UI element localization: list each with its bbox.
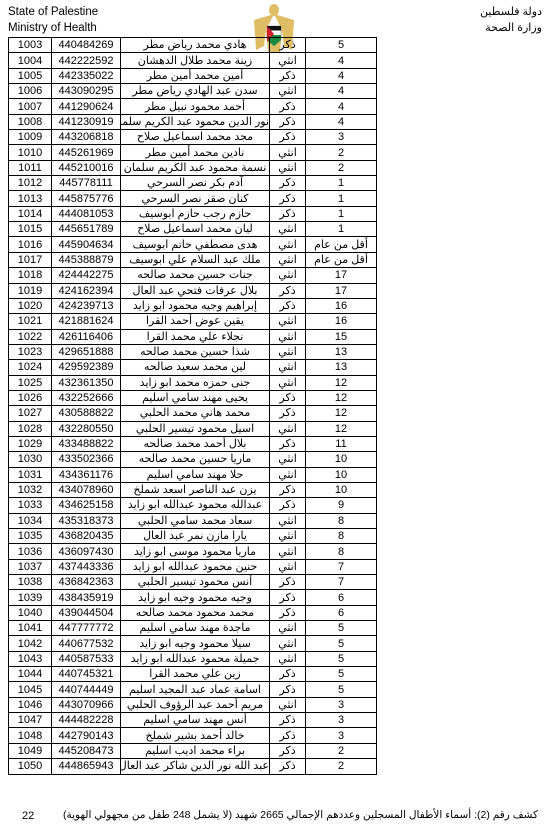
age-cell: أقل من عام	[306, 237, 377, 252]
table-row: 1049445208473براء محمد اديب اسليمذكر2	[9, 743, 377, 758]
child-name-cell: ماريا حسين محمد صالحه	[121, 452, 270, 467]
age-cell: 5	[306, 621, 377, 636]
table-row: 1030433502366ماريا حسين محمد صالحهانثي10	[9, 452, 377, 467]
child-name-cell: خالد أحمد بشير شملخ	[121, 728, 270, 743]
national-id-cell: 445208473	[52, 743, 121, 758]
age-cell: 5	[306, 651, 377, 666]
table-row: 1013445875776كنان صقر نصر السرحيذكر1	[9, 191, 377, 206]
gender-cell: انثي	[270, 621, 306, 636]
row-index-cell: 1025	[9, 375, 52, 390]
gender-cell: ذكر	[270, 713, 306, 728]
gender-cell: ذكر	[270, 390, 306, 405]
national-id-cell: 434078960	[52, 482, 121, 497]
age-cell: 4	[306, 114, 377, 129]
row-index-cell: 1010	[9, 145, 52, 160]
national-id-cell: 439044504	[52, 605, 121, 620]
age-cell: 12	[306, 390, 377, 405]
row-index-cell: 1050	[9, 759, 52, 774]
table-row: 1029433488822بلال أحمد محمد صالحهذكر11	[9, 436, 377, 451]
age-cell: 6	[306, 605, 377, 620]
national-id-cell: 440677532	[52, 636, 121, 651]
child-name-cell: ماريا محمود موسى ابو زايد	[121, 544, 270, 559]
age-cell: 2	[306, 759, 377, 774]
national-id-cell: 441290624	[52, 99, 121, 114]
row-index-cell: 1033	[9, 498, 52, 513]
row-index-cell: 1014	[9, 206, 52, 221]
gender-cell: ذكر	[270, 130, 306, 145]
child-name-cell: وجيه محمود وجيه ابو زايد	[121, 590, 270, 605]
gender-cell: ذكر	[270, 191, 306, 206]
gender-cell: انثي	[270, 360, 306, 375]
national-id-cell: 440484269	[52, 38, 121, 53]
age-cell: 17	[306, 283, 377, 298]
age-cell: 8	[306, 544, 377, 559]
table-row: 1020424239713إبراهيم وجيه محمود ابو زايد…	[9, 298, 377, 313]
row-index-cell: 1047	[9, 713, 52, 728]
row-index-cell: 1030	[9, 452, 52, 467]
table-row: 1026432252666يحيى مهند سامي اسليمذكر12	[9, 390, 377, 405]
table-row: 1016445904634هدى مصطفي حاتم ابوسيفانثيأق…	[9, 237, 377, 252]
child-name-cell: يارا مازن نمر عبد العال	[121, 529, 270, 544]
gender-cell: انثي	[270, 559, 306, 574]
table-row: 1043440587533جميلة محمود عبدالله ابو زاي…	[9, 651, 377, 666]
national-id-cell: 432252666	[52, 390, 121, 405]
gender-cell: ذكر	[270, 283, 306, 298]
age-cell: 10	[306, 467, 377, 482]
gender-cell: انثي	[270, 252, 306, 267]
age-cell: 10	[306, 482, 377, 497]
child-name-cell: هدى مصطفي حاتم ابوسيف	[121, 237, 270, 252]
age-cell: 2	[306, 160, 377, 175]
row-index-cell: 1013	[9, 191, 52, 206]
child-name-cell: عبدالله محمود عبدالله ابو زايد	[121, 498, 270, 513]
table-row: 1028432280550اسيل محمود تيسير الحلبيانثي…	[9, 421, 377, 436]
national-id-cell: 445904634	[52, 237, 121, 252]
gender-cell: انثي	[270, 452, 306, 467]
age-cell: 5	[306, 682, 377, 697]
child-name-cell: بلال أحمد محمد صالحه	[121, 436, 270, 451]
age-cell: 5	[306, 667, 377, 682]
table-row: 1050444865943عبد الله نور الدين شاكر عبد…	[9, 759, 377, 774]
table-row: 1047444482228أنس مهند سامي اسليمذكر3	[9, 713, 377, 728]
age-cell: 1	[306, 222, 377, 237]
national-id-cell: 429651888	[52, 344, 121, 359]
child-name-cell: يقين عوض أحمد القرا	[121, 314, 270, 329]
child-name-cell: حنين محمود عبدالله ابو زايد	[121, 559, 270, 574]
age-cell: أقل من عام	[306, 252, 377, 267]
row-index-cell: 1038	[9, 575, 52, 590]
row-index-cell: 1024	[9, 360, 52, 375]
gender-cell: انثي	[270, 84, 306, 99]
child-name-cell: ملك عبد السلام علي ابوسيف	[121, 252, 270, 267]
national-id-cell: 443206818	[52, 130, 121, 145]
child-name-cell: مريم أحمد عبد الرؤوف الحلبي	[121, 697, 270, 712]
national-id-cell: 447777772	[52, 621, 121, 636]
child-name-cell: إبراهيم وجيه محمود ابو زايد	[121, 298, 270, 313]
child-name-cell: لين محمد سعيد صالحه	[121, 360, 270, 375]
national-id-cell: 433502366	[52, 452, 121, 467]
table-row: 1018424442275جنات حسين محمد صالحهانثي17	[9, 268, 377, 283]
header-ministry-label: Ministry of Health	[8, 20, 98, 36]
table-row: 1007441290624أحمد محمود نبيل مطرذكر4	[9, 99, 377, 114]
row-index-cell: 1032	[9, 482, 52, 497]
table-row: 1027430588822محمد هاني محمد الحلبيذكر12	[9, 406, 377, 421]
child-name-cell: سيلا محمود وجيه ابو زايد	[121, 636, 270, 651]
child-name-cell: أنس مهند سامي اسليم	[121, 713, 270, 728]
table-row: 1035436820435يارا مازن نمر عبد العالانثي…	[9, 529, 377, 544]
child-name-cell: نجلاء علي محمد القرا	[121, 329, 270, 344]
national-id-cell: 436097430	[52, 544, 121, 559]
gender-cell: ذكر	[270, 667, 306, 682]
table-row: 1009443206818مجد محمد اسماعيل صلاحذكر3	[9, 130, 377, 145]
national-id-cell: 444482228	[52, 713, 121, 728]
row-index-cell: 1020	[9, 298, 52, 313]
gender-cell: ذكر	[270, 176, 306, 191]
age-cell: 7	[306, 559, 377, 574]
age-cell: 6	[306, 590, 377, 605]
gender-cell: انثي	[270, 651, 306, 666]
row-index-cell: 1007	[9, 99, 52, 114]
row-index-cell: 1011	[9, 160, 52, 175]
row-index-cell: 1045	[9, 682, 52, 697]
age-cell: 2	[306, 743, 377, 758]
national-id-cell: 445210016	[52, 160, 121, 175]
age-cell: 5	[306, 38, 377, 53]
child-name-cell: زينة محمد طلال الدهشان	[121, 53, 270, 68]
gender-cell: ذكر	[270, 728, 306, 743]
national-id-cell: 435318373	[52, 513, 121, 528]
national-id-cell: 421881624	[52, 314, 121, 329]
table-row: 1038436842363أنس محمود تيسير الحلبيذكر7	[9, 575, 377, 590]
gender-cell: ذكر	[270, 99, 306, 114]
age-cell: 7	[306, 575, 377, 590]
child-name-cell: جنات حسين محمد صالحه	[121, 268, 270, 283]
row-index-cell: 1048	[9, 728, 52, 743]
row-index-cell: 1022	[9, 329, 52, 344]
gender-cell: ذكر	[270, 682, 306, 697]
child-name-cell: عبد الله نور الدين شاكر عبد العال	[121, 759, 270, 774]
footer-caption: كشف رقم (2): أسماء الأطفال المسجلين وعدد…	[63, 809, 538, 821]
age-cell: 3	[306, 130, 377, 145]
national-id-cell: 445778111	[52, 176, 121, 191]
row-index-cell: 1040	[9, 605, 52, 620]
gender-cell: انثي	[270, 421, 306, 436]
table-row: 1023429651888شذا حسين محمد صالحهانثي13	[9, 344, 377, 359]
age-cell: 11	[306, 436, 377, 451]
child-name-cell: كنان صقر نصر السرحي	[121, 191, 270, 206]
row-index-cell: 1008	[9, 114, 52, 129]
gender-cell: ذكر	[270, 114, 306, 129]
child-name-cell: سعاد محمد سامي الحلبي	[121, 513, 270, 528]
gender-cell: انثي	[270, 145, 306, 160]
child-name-cell: زين علي محمد القرا	[121, 667, 270, 682]
table-row: 1003440484269هادي محمد رياض مطرذكر5	[9, 38, 377, 53]
table-row: 1042440677532سيلا محمود وجيه ابو زايدانث…	[9, 636, 377, 651]
row-index-cell: 1036	[9, 544, 52, 559]
gender-cell: انثي	[270, 544, 306, 559]
child-name-cell: نسمة محمود عبد الكريم سلمان	[121, 160, 270, 175]
row-index-cell: 1031	[9, 467, 52, 482]
national-id-cell: 436820435	[52, 529, 121, 544]
row-index-cell: 1043	[9, 651, 52, 666]
child-name-cell: اسامة عماد عبد المجيد اسليم	[121, 682, 270, 697]
table-row: 1014444081053حازم رجب حازم ابوسيفذكر1	[9, 206, 377, 221]
age-cell: 16	[306, 314, 377, 329]
age-cell: 9	[306, 498, 377, 513]
table-row: 1015445651789ليان محمد اسماعيل صلاحانثي1	[9, 222, 377, 237]
gender-cell: ذكر	[270, 759, 306, 774]
national-id-cell: 432280550	[52, 421, 121, 436]
child-name-cell: براء محمد اديب اسليم	[121, 743, 270, 758]
gender-cell: ذكر	[270, 436, 306, 451]
child-name-cell: حازم رجب حازم ابوسيف	[121, 206, 270, 221]
national-id-cell: 434361176	[52, 467, 121, 482]
row-index-cell: 1041	[9, 621, 52, 636]
child-name-cell: حلا مهند سامي اسليم	[121, 467, 270, 482]
national-id-cell: 444081053	[52, 206, 121, 221]
row-index-cell: 1027	[9, 406, 52, 421]
row-index-cell: 1003	[9, 38, 52, 53]
national-id-cell: 437443336	[52, 559, 121, 574]
child-name-cell: أمين محمد أمين مطر	[121, 68, 270, 83]
gender-cell: ذكر	[270, 605, 306, 620]
table-row: 1036436097430ماريا محمود موسى ابو زايدان…	[9, 544, 377, 559]
age-cell: 3	[306, 713, 377, 728]
age-cell: 3	[306, 697, 377, 712]
gender-cell: ذكر	[270, 743, 306, 758]
child-name-cell: محمد هاني محمد الحلبي	[121, 406, 270, 421]
national-id-cell: 445261969	[52, 145, 121, 160]
gender-cell: انثي	[270, 268, 306, 283]
table-row: 1025432361350جنى حمزه محمد ابو زايدانثي1…	[9, 375, 377, 390]
table-row: 1048442790143خالد أحمد بشير شملخذكر3	[9, 728, 377, 743]
table-row: 1017445388879ملك عبد السلام علي ابوسيفان…	[9, 252, 377, 267]
child-name-cell: نور الدين محمود عبد الكريم سلمان	[121, 114, 270, 129]
age-cell: 8	[306, 529, 377, 544]
gender-cell: ذكر	[270, 298, 306, 313]
table-row: 1004442222592زينة محمد طلال الدهشانانثي4	[9, 53, 377, 68]
gender-cell: انثي	[270, 375, 306, 390]
child-name-cell: يزن عبد الناصر اسعد شملخ	[121, 482, 270, 497]
row-index-cell: 1035	[9, 529, 52, 544]
national-id-cell: 426116406	[52, 329, 121, 344]
age-cell: 4	[306, 99, 377, 114]
child-name-cell: محمد محمود محمد صالحه	[121, 605, 270, 620]
table-row: 1041447777772ماجدة مهند سامي اسليمانثي5	[9, 621, 377, 636]
table-row: 1037437443336حنين محمود عبدالله ابو زايد…	[9, 559, 377, 574]
age-cell: 10	[306, 452, 377, 467]
gender-cell: انثي	[270, 636, 306, 651]
child-name-cell: سدن عبد الهادي رياض مطر	[121, 84, 270, 99]
table-row: 1046443070966مريم أحمد عبد الرؤوف الحلبي…	[9, 697, 377, 712]
child-name-cell: أنس محمود تيسير الحلبي	[121, 575, 270, 590]
national-id-cell: 445875776	[52, 191, 121, 206]
gender-cell: ذكر	[270, 206, 306, 221]
child-name-cell: اسيل محمود تيسير الحلبي	[121, 421, 270, 436]
national-id-cell: 430588822	[52, 406, 121, 421]
row-index-cell: 1046	[9, 697, 52, 712]
age-cell: 3	[306, 728, 377, 743]
table-row: 1032434078960يزن عبد الناصر اسعد شملخذكر…	[9, 482, 377, 497]
gender-cell: ذكر	[270, 406, 306, 421]
gender-cell: ذكر	[270, 498, 306, 513]
national-id-cell: 440587533	[52, 651, 121, 666]
table-row: 1019424162394بلال عرفات فتحي عبد العالذك…	[9, 283, 377, 298]
table-row: 1008441230919نور الدين محمود عبد الكريم …	[9, 114, 377, 129]
gender-cell: ذكر	[270, 38, 306, 53]
table-row: 1006443090295سدن عبد الهادي رياض مطرانثي…	[9, 84, 377, 99]
table-row: 1045440744449اسامة عماد عبد المجيد اسليم…	[9, 682, 377, 697]
row-index-cell: 1019	[9, 283, 52, 298]
row-index-cell: 1017	[9, 252, 52, 267]
child-name-cell: نادين محمد أمين مطر	[121, 145, 270, 160]
row-index-cell: 1026	[9, 390, 52, 405]
child-name-cell: آدم بكر نصر السرحي	[121, 176, 270, 191]
age-cell: 13	[306, 360, 377, 375]
table-row: 1044440745321زين علي محمد القراذكر5	[9, 667, 377, 682]
table-row: 1005442335022أمين محمد أمين مطرذكر4	[9, 68, 377, 83]
table-row: 1033434625158عبدالله محمود عبدالله ابو ز…	[9, 498, 377, 513]
gender-cell: انثي	[270, 697, 306, 712]
child-name-cell: يحيى مهند سامي اسليم	[121, 390, 270, 405]
row-index-cell: 1042	[9, 636, 52, 651]
age-cell: 8	[306, 513, 377, 528]
row-index-cell: 1039	[9, 590, 52, 605]
child-name-cell: أحمد محمود نبيل مطر	[121, 99, 270, 114]
national-id-cell: 433488822	[52, 436, 121, 451]
age-cell: 1	[306, 191, 377, 206]
row-index-cell: 1015	[9, 222, 52, 237]
row-index-cell: 1016	[9, 237, 52, 252]
row-index-cell: 1049	[9, 743, 52, 758]
gender-cell: انثي	[270, 53, 306, 68]
national-id-cell: 443070966	[52, 697, 121, 712]
age-cell: 5	[306, 636, 377, 651]
national-id-cell: 442335022	[52, 68, 121, 83]
national-id-cell: 441230919	[52, 114, 121, 129]
national-id-cell: 438435919	[52, 590, 121, 605]
table-row: 1022426116406نجلاء علي محمد القراانثي15	[9, 329, 377, 344]
table-row: 1034435318373سعاد محمد سامي الحلبيانثي8	[9, 513, 377, 528]
header-state-label-ar: دولة فلسطين	[480, 4, 542, 20]
national-id-cell: 443090295	[52, 84, 121, 99]
header-arabic: دولة فلسطين وزارة الصحة	[480, 4, 542, 36]
national-id-cell: 436842363	[52, 575, 121, 590]
row-index-cell: 1044	[9, 667, 52, 682]
gender-cell: انثي	[270, 160, 306, 175]
national-id-cell: 442790143	[52, 728, 121, 743]
national-id-cell: 424239713	[52, 298, 121, 313]
table-row: 1031434361176حلا مهند سامي اسليمانثي10	[9, 467, 377, 482]
table-row: 1039438435919وجيه محمود وجيه ابو زايدذكر…	[9, 590, 377, 605]
national-id-cell: 445651789	[52, 222, 121, 237]
row-index-cell: 1029	[9, 436, 52, 451]
age-cell: 16	[306, 298, 377, 313]
age-cell: 12	[306, 375, 377, 390]
row-index-cell: 1034	[9, 513, 52, 528]
row-index-cell: 1012	[9, 176, 52, 191]
child-name-cell: هادي محمد رياض مطر	[121, 38, 270, 53]
national-id-cell: 440745321	[52, 667, 121, 682]
age-cell: 1	[306, 176, 377, 191]
table-row: 1010445261969نادين محمد أمين مطرانثي2	[9, 145, 377, 160]
age-cell: 13	[306, 344, 377, 359]
national-id-cell: 424442275	[52, 268, 121, 283]
national-id-cell: 440744449	[52, 682, 121, 697]
age-cell: 1	[306, 206, 377, 221]
national-id-cell: 429592389	[52, 360, 121, 375]
row-index-cell: 1037	[9, 559, 52, 574]
age-cell: 12	[306, 406, 377, 421]
gender-cell: انثي	[270, 513, 306, 528]
header-state-label: State of Palestine	[8, 4, 98, 20]
child-name-cell: جميلة محمود عبدالله ابو زايد	[121, 651, 270, 666]
age-cell: 2	[306, 145, 377, 160]
age-cell: 15	[306, 329, 377, 344]
gender-cell: انثي	[270, 344, 306, 359]
row-index-cell: 1021	[9, 314, 52, 329]
age-cell: 4	[306, 68, 377, 83]
table-row: 1024429592389لين محمد سعيد صالحهانثي13	[9, 360, 377, 375]
table-row: 1011445210016نسمة محمود عبد الكريم سلمان…	[9, 160, 377, 175]
child-name-cell: جنى حمزه محمد ابو زايد	[121, 375, 270, 390]
gender-cell: ذكر	[270, 482, 306, 497]
header-ministry-label-ar: وزارة الصحة	[480, 20, 542, 36]
row-index-cell: 1005	[9, 68, 52, 83]
gender-cell: انثي	[270, 329, 306, 344]
national-id-cell: 424162394	[52, 283, 121, 298]
row-index-cell: 1009	[9, 130, 52, 145]
table-row: 1040439044504محمد محمود محمد صالحهذكر6	[9, 605, 377, 620]
gender-cell: انثي	[270, 237, 306, 252]
row-index-cell: 1028	[9, 421, 52, 436]
gender-cell: ذكر	[270, 590, 306, 605]
child-name-cell: ماجدة مهند سامي اسليم	[121, 621, 270, 636]
row-index-cell: 1018	[9, 268, 52, 283]
page-number: 22	[22, 810, 34, 822]
table-row: 1012445778111آدم بكر نصر السرحيذكر1	[9, 176, 377, 191]
child-name-cell: شذا حسين محمد صالحه	[121, 344, 270, 359]
gender-cell: انثي	[270, 222, 306, 237]
national-id-cell: 442222592	[52, 53, 121, 68]
national-id-cell: 434625158	[52, 498, 121, 513]
gender-cell: ذكر	[270, 68, 306, 83]
national-id-cell: 445388879	[52, 252, 121, 267]
children-list-table: 1003440484269هادي محمد رياض مطرذكر510044…	[8, 37, 377, 775]
table-row: 1021421881624يقين عوض أحمد القراانثي16	[9, 314, 377, 329]
age-cell: 4	[306, 53, 377, 68]
child-name-cell: بلال عرفات فتحي عبد العال	[121, 283, 270, 298]
gender-cell: انثي	[270, 529, 306, 544]
header-english: State of Palestine Ministry of Health	[8, 4, 98, 36]
child-name-cell: مجد محمد اسماعيل صلاح	[121, 130, 270, 145]
child-name-cell: ليان محمد اسماعيل صلاح	[121, 222, 270, 237]
row-index-cell: 1004	[9, 53, 52, 68]
gender-cell: ذكر	[270, 575, 306, 590]
age-cell: 17	[306, 268, 377, 283]
row-index-cell: 1006	[9, 84, 52, 99]
age-cell: 12	[306, 421, 377, 436]
national-id-cell: 432361350	[52, 375, 121, 390]
row-index-cell: 1023	[9, 344, 52, 359]
national-id-cell: 444865943	[52, 759, 121, 774]
age-cell: 4	[306, 84, 377, 99]
gender-cell: انثي	[270, 467, 306, 482]
gender-cell: انثي	[270, 314, 306, 329]
